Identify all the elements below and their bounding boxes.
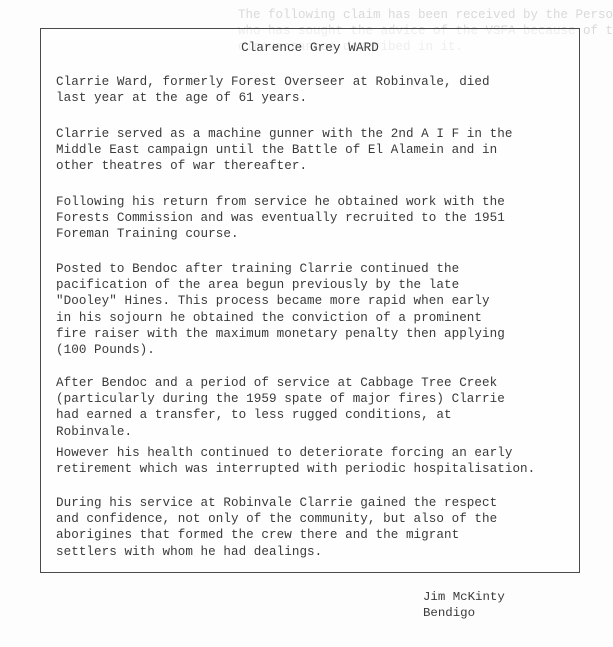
obituary-title: Clarence Grey WARD — [41, 41, 579, 55]
paragraph-health: However his health continued to deterior… — [56, 445, 576, 477]
paragraph-forests-commission: Following his return from service he obt… — [56, 194, 576, 243]
paragraph-bendoc: Posted to Bendoc after training Clarrie … — [56, 261, 576, 358]
signature-block: Jim McKinty Bendigo — [423, 589, 505, 621]
paragraph-death-notice: Clarrie Ward, formerly Forest Overseer a… — [56, 74, 576, 106]
bleed-line: The following claim has been received by… — [238, 7, 613, 23]
paragraph-robinvale-transfer: After Bendoc and a period of service at … — [56, 375, 576, 440]
signature-place: Bendigo — [423, 606, 475, 620]
paragraph-respect: During his service at Robinvale Clarrie … — [56, 495, 576, 560]
paragraph-military-service: Clarrie served as a machine gunner with … — [56, 126, 576, 175]
obituary-box: Clarence Grey WARD Clarrie Ward, formerl… — [40, 28, 580, 573]
signature-name: Jim McKinty — [423, 590, 505, 604]
